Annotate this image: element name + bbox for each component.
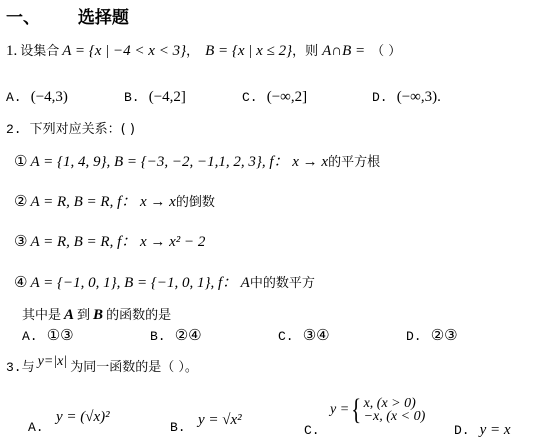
question-3: 3. 与 y=|x| 为同一函数的是（ ）。	[6, 356, 198, 376]
abs-function: y=|x|	[38, 354, 68, 370]
question-number: 1.	[6, 43, 17, 60]
question-prompt: 下列对应关系：( )	[30, 118, 135, 137]
mapping-1: ① A = {1, 4, 9}, B = {−3, −2, −1,1, 2, 3…	[14, 150, 380, 171]
mapping-4: ④ A = {−1, 0, 1}, B = {−1, 0, 1}, f： A 中…	[14, 271, 315, 292]
question-number: 3.	[6, 360, 22, 375]
option-c-formula: y = { x, (x > 0) −x, (x < 0)	[330, 396, 425, 424]
question-2-ask: 其中是 A 到 B 的函数的是	[22, 304, 171, 324]
option-d[interactable]: D. ②③	[406, 325, 458, 344]
option-b[interactable]: B. ②④	[150, 325, 278, 344]
mapping-2: ② A = R, B = R, f： x → x 的倒数	[14, 190, 215, 211]
option-d[interactable]: D. y = x	[454, 422, 511, 439]
option-d[interactable]: D. (−∞,3).	[372, 86, 441, 106]
marker-4: ④	[14, 273, 27, 291]
marker-2: ②	[14, 192, 27, 210]
question-2: 2. 下列对应关系：( )	[6, 118, 135, 137]
intersection-expr: A∩B =	[322, 43, 365, 60]
option-a[interactable]: A. (−4,3)	[6, 86, 124, 106]
set-b: B = {x | x ≤ 2}	[205, 43, 292, 60]
question-1: 1. 设集合 A = {x | −4 < x < 3} ， B = {x | x…	[6, 40, 401, 60]
option-c[interactable]: C. ③④	[278, 325, 406, 344]
option-b-formula: y = √x²	[198, 412, 242, 429]
mapping-3: ③ A = R, B = R, f： x → x² − 2	[14, 230, 205, 251]
then-text: ，则	[292, 40, 318, 59]
option-b[interactable]: B.	[170, 420, 186, 435]
section-header: 一、 选择题	[6, 3, 129, 28]
section-number: 一、	[6, 8, 40, 28]
set-a: A = {x | −4 < x < 3}	[62, 43, 186, 60]
option-b[interactable]: B. (−4,2]	[124, 86, 242, 106]
separator: ，	[186, 40, 199, 59]
marker-3: ③	[14, 232, 27, 250]
option-a-formula: y = (√x)²	[56, 409, 110, 426]
option-c[interactable]: C.	[304, 423, 320, 438]
option-a[interactable]: A.	[28, 420, 44, 435]
question-number: 2.	[6, 122, 22, 137]
left-brace: {	[351, 396, 361, 424]
option-a[interactable]: A. ①③	[22, 325, 150, 344]
answer-blank: （ ）	[371, 40, 401, 59]
option-c[interactable]: C. (−∞,2]	[242, 86, 372, 106]
marker-1: ①	[14, 152, 27, 170]
question-prefix: 设集合	[20, 40, 59, 59]
section-title: 选择题	[78, 8, 129, 28]
question-1-options: A. (−4,3) B. (−4,2] C. (−∞,2] D. (−∞,3).	[6, 86, 441, 106]
question-2-options: A. ①③ B. ②④ C. ③④ D. ②③	[22, 325, 458, 344]
